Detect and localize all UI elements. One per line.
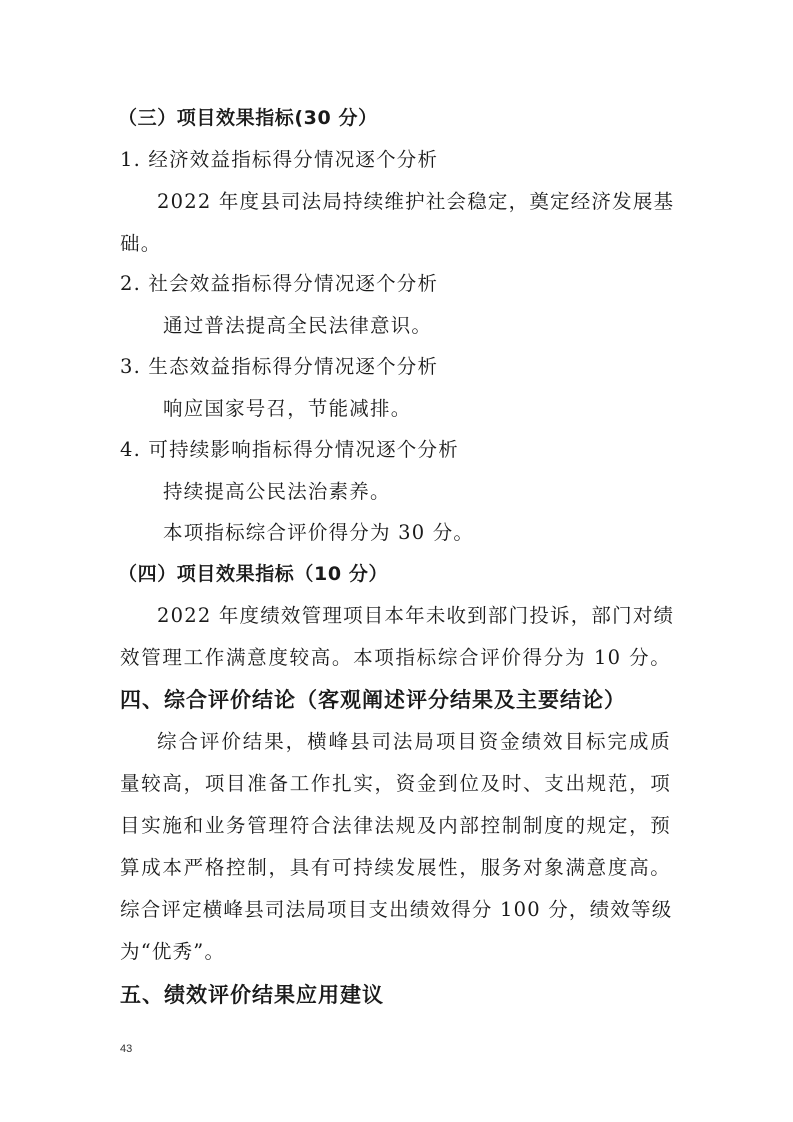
item-2-title: 2. 社会效益指标得分情况逐个分析: [120, 272, 438, 296]
page-number: 43: [120, 1043, 132, 1055]
chapter-4-body-line-4: 算成本严格控制，具有可持续发展性，服务对象满意度高。: [120, 856, 671, 880]
document-page: （三）项目效果指标(30 分） 1. 经济效益指标得分情况逐个分析 2022 年…: [0, 0, 793, 1122]
item-2-body: 通过普法提高全民法律意识。: [163, 314, 432, 338]
chapter-4-body-line-1: 综合评价结果，横峰县司法局项目资金绩效目标完成质: [157, 730, 671, 754]
section-3-heading: （三）项目效果指标(30 分）: [118, 106, 378, 130]
section-3-summary: 本项指标综合评价得分为 30 分。: [163, 521, 474, 545]
section-4-body-line-2: 效管理工作满意度较高。本项指标综合评价得分为 10 分。: [120, 646, 671, 670]
item-4-title: 4. 可持续影响指标得分情况逐个分析: [120, 438, 459, 462]
chapter-4-body-line-3: 目实施和业务管理符合法律法规及内部控制制度的规定，预: [120, 814, 671, 838]
item-1-title: 1. 经济效益指标得分情况逐个分析: [120, 148, 438, 172]
chapter-4-body-line-6: 为“优秀”。: [120, 940, 225, 964]
section-4-body-line-1: 2022 年度绩效管理项目本年未收到部门投诉，部门对绩: [157, 604, 671, 628]
item-4-body: 持续提高公民法治素养。: [163, 480, 391, 504]
section-4-heading: （四）项目效果指标（10 分）: [118, 562, 388, 586]
chapter-4-body-line-5: 综合评定横峰县司法局项目支出绩效得分 100 分，绩效等级: [120, 898, 671, 922]
item-3-title: 3. 生态效益指标得分情况逐个分析: [120, 355, 438, 379]
item-1-body-line-2: 础。: [120, 232, 161, 256]
item-1-body-line-1: 2022 年度县司法局持续维护社会稳定，奠定经济发展基: [157, 190, 671, 214]
chapter-4-body-line-2: 量较高，项目准备工作扎实，资金到位及时、支出规范，项: [120, 772, 671, 796]
item-3-body: 响应国家号召，节能减排。: [163, 397, 411, 421]
chapter-4-heading: 四、综合评价结论（客观阐述评分结果及主要结论）: [120, 688, 626, 712]
chapter-5-heading: 五、绩效评价结果应用建议: [120, 983, 384, 1007]
